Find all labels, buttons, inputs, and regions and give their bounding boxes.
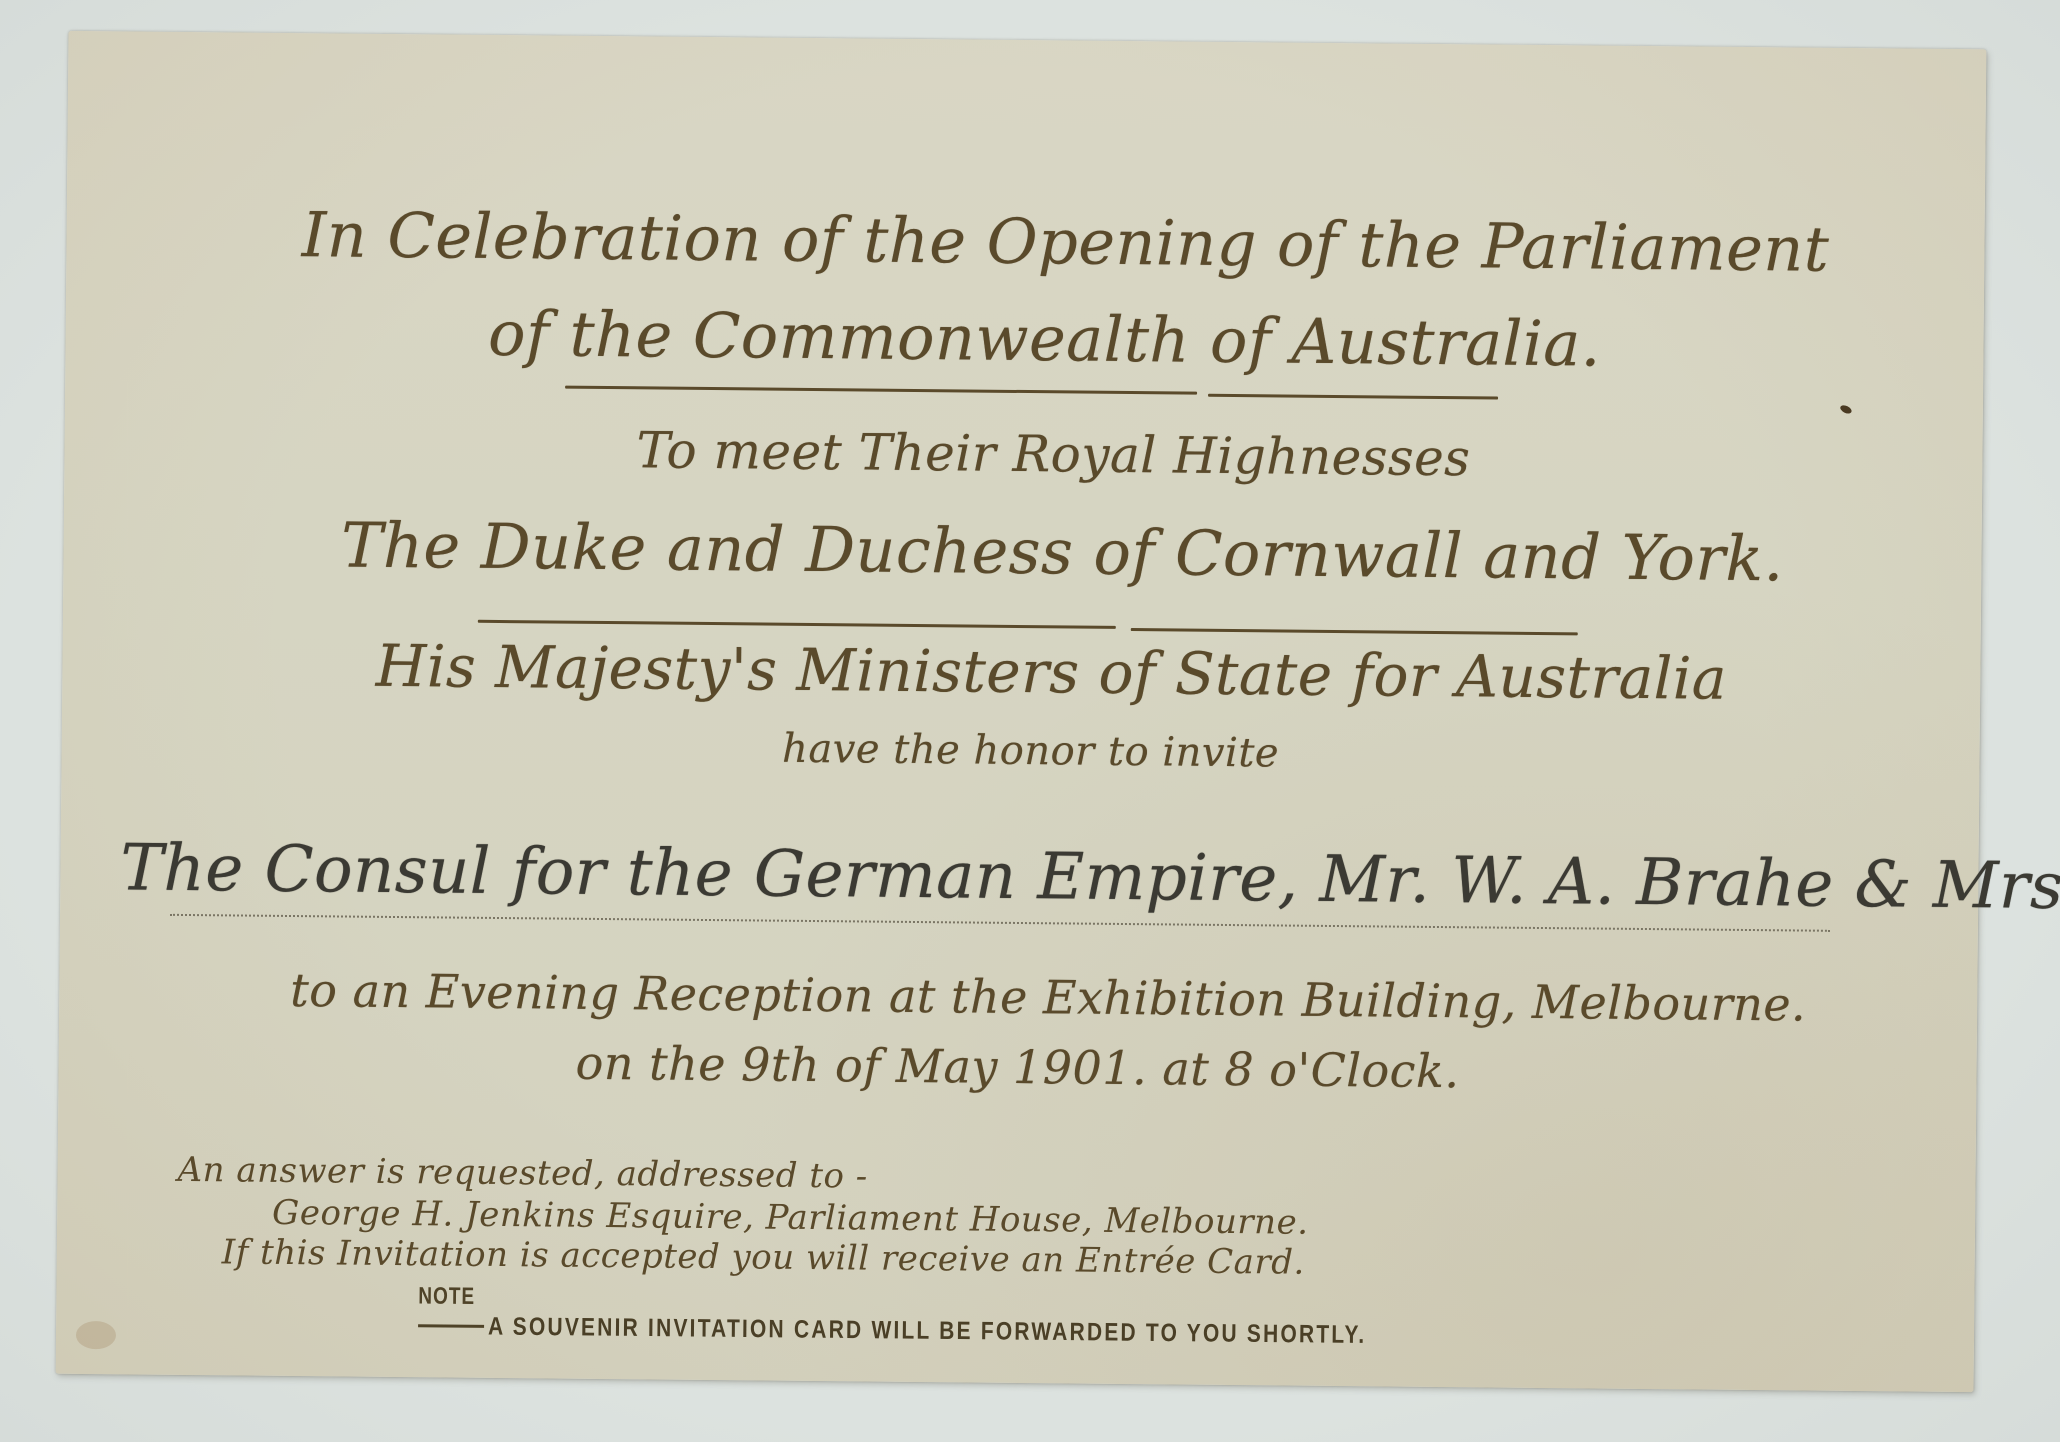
invitee-handwritten: The Consul for the German Empire, Mr. W.… <box>60 831 2039 924</box>
hosts-line: His Majesty's Ministers of State for Aus… <box>62 629 2011 716</box>
paper-blemish <box>1839 404 1853 415</box>
heading-line-1: In Celebration of the Opening of the Par… <box>66 196 2025 288</box>
invitation-phrase: have the honor to invite <box>61 719 1989 784</box>
note-rule <box>418 1324 484 1328</box>
occasion-line-2: The Duke and Duchess of Cornwall and Yor… <box>63 506 2022 598</box>
occasion-underline <box>478 620 1116 629</box>
invitation-card: In Celebration of the Opening of the Par… <box>56 31 1987 1392</box>
note-text: A SOUVENIR INVITATION CARD WILL BE FORWA… <box>488 1313 1367 1350</box>
event-line-1: to an Evening Reception at the Exhibitio… <box>59 961 2007 1034</box>
heading-underline <box>1208 394 1498 400</box>
rsvp-line-1: An answer is requested, addressed to - <box>177 1150 868 1197</box>
note-label: NOTE <box>418 1283 475 1311</box>
paper-stain <box>76 1321 116 1349</box>
heading-underline <box>565 386 1197 395</box>
occasion-line-1: To meet Their Royal Highnesses <box>64 416 2012 493</box>
heading-line-2: of the Commonwealth of Australia. <box>65 293 2004 385</box>
occasion-underline <box>1131 628 1578 635</box>
event-line-2: on the 9th of May 1901. at 8 o'Clock. <box>58 1031 1976 1103</box>
